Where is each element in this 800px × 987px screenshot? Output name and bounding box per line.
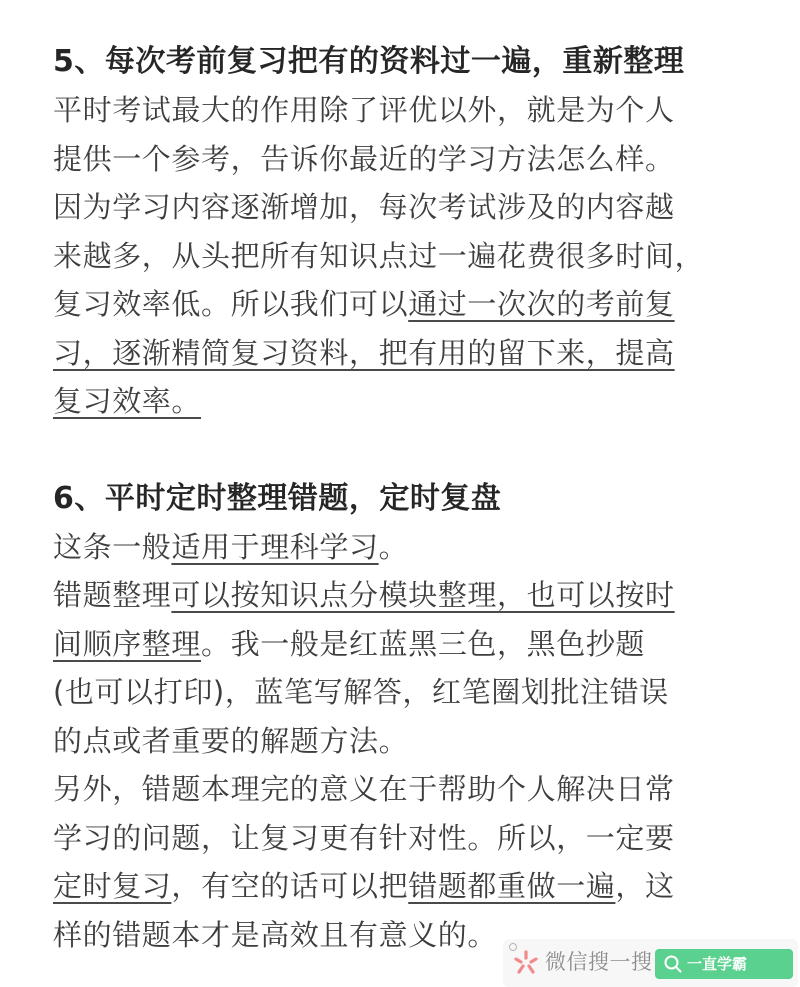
text-segment: 另外，错题本理完的意义在于帮助个人解决日常 xyxy=(53,772,675,806)
underlined-text: 适用于理科学习 xyxy=(171,530,378,564)
paragraph-line: 来越多，从头把所有知识点过一遍花费很多时间， xyxy=(53,232,753,281)
article-content: 5、每次考前复习把有的资料过一遍，重新整理 平时考试最大的作用除了评优以外，就是… xyxy=(53,38,753,959)
text-segment: 提供一个参考，告诉你最近的学习方法怎么样。 xyxy=(53,142,675,176)
text-segment: 复习效率低。所以我们可以 xyxy=(53,287,408,321)
text-segment: 这条一般 xyxy=(53,530,171,564)
watermark-text: 微信搜一搜 xyxy=(545,947,653,977)
text-segment: 的点或者重要的解题方法。 xyxy=(53,724,408,758)
text-segment: 学习的问题，让复习更有针对性。所以，一定要 xyxy=(53,821,675,855)
underlined-text: 习，逐渐精简复习资料，把有用的留下来，提高 xyxy=(53,336,675,370)
search-icon xyxy=(664,955,682,973)
section-body-6: 这条一般适用于理科学习。错题整理可以按知识点分模块整理，也可以按时间顺序整理。我… xyxy=(53,523,753,960)
underlined-text: 定时复习 xyxy=(53,869,171,903)
paragraph-line: 复习效率低。所以我们可以通过一次次的考前复 xyxy=(53,280,753,329)
underlined-text: 间顺序整理 xyxy=(53,627,201,661)
text-segment: ，有空的话可以把 xyxy=(171,869,408,903)
section-spacer xyxy=(53,426,753,475)
search-account-button[interactable]: 一直学霸 xyxy=(655,949,793,979)
text-segment: ，这 xyxy=(615,869,674,903)
wechat-search-logo-icon xyxy=(513,949,539,975)
paragraph-line: 复习效率。 xyxy=(53,377,753,426)
paragraph-line: 习，逐渐精简复习资料，把有用的留下来，提高 xyxy=(53,329,753,378)
account-name: 一直学霸 xyxy=(687,949,747,979)
paragraph-line: 错题整理可以按知识点分模块整理，也可以按时 xyxy=(53,571,753,620)
text-segment: (也可以打印)，蓝笔写解答，红笔圈划批注错误 xyxy=(53,675,669,709)
underlined-text: 复习效率。 xyxy=(53,384,201,418)
paragraph-line: 这条一般适用于理科学习。 xyxy=(53,523,753,572)
section-heading-5: 5、每次考前复习把有的资料过一遍，重新整理 xyxy=(53,38,753,86)
text-segment: 平时考试最大的作用除了评优以外，就是为个人 xyxy=(53,93,675,127)
text-segment: 样的错题本才是高效且有意义的。 xyxy=(53,918,497,952)
text-segment: 。 xyxy=(379,530,409,564)
section-body-5: 平时考试最大的作用除了评优以外，就是为个人提供一个参考，告诉你最近的学习方法怎么… xyxy=(53,86,753,426)
paragraph-line: 平时考试最大的作用除了评优以外，就是为个人 xyxy=(53,86,753,135)
paragraph-line: 间顺序整理。我一般是红蓝黑三色，黑色抄题 xyxy=(53,620,753,669)
paragraph-line: 提供一个参考，告诉你最近的学习方法怎么样。 xyxy=(53,135,753,184)
paragraph-line: 另外，错题本理完的意义在于帮助个人解决日常 xyxy=(53,765,753,814)
paragraph-line: 学习的问题，让复习更有针对性。所以，一定要 xyxy=(53,814,753,863)
text-segment: 错题整理 xyxy=(53,578,171,612)
paragraph-line: 的点或者重要的解题方法。 xyxy=(53,717,753,766)
underlined-text: 可以按知识点分模块整理，也可以按时 xyxy=(171,578,674,612)
underlined-text: 错题都重做一遍 xyxy=(408,869,615,903)
wechat-search-watermark: 微信搜一搜 一直学霸 xyxy=(503,939,798,987)
paragraph-line: 因为学习内容逐渐增加，每次考试涉及的内容越 xyxy=(53,183,753,232)
text-segment: 来越多，从头把所有知识点过一遍花费很多时间， xyxy=(53,239,704,273)
text-segment: 。我一般是红蓝黑三色，黑色抄题 xyxy=(201,627,645,661)
paragraph-line: 定时复习，有空的话可以把错题都重做一遍，这 xyxy=(53,862,753,911)
paragraph-line: (也可以打印)，蓝笔写解答，红笔圈划批注错误 xyxy=(53,668,753,717)
underlined-text: 通过一次次的考前复 xyxy=(408,287,674,321)
text-segment: 因为学习内容逐渐增加，每次考试涉及的内容越 xyxy=(53,190,675,224)
section-heading-6: 6、平时定时整理错题，定时复盘 xyxy=(53,475,753,523)
